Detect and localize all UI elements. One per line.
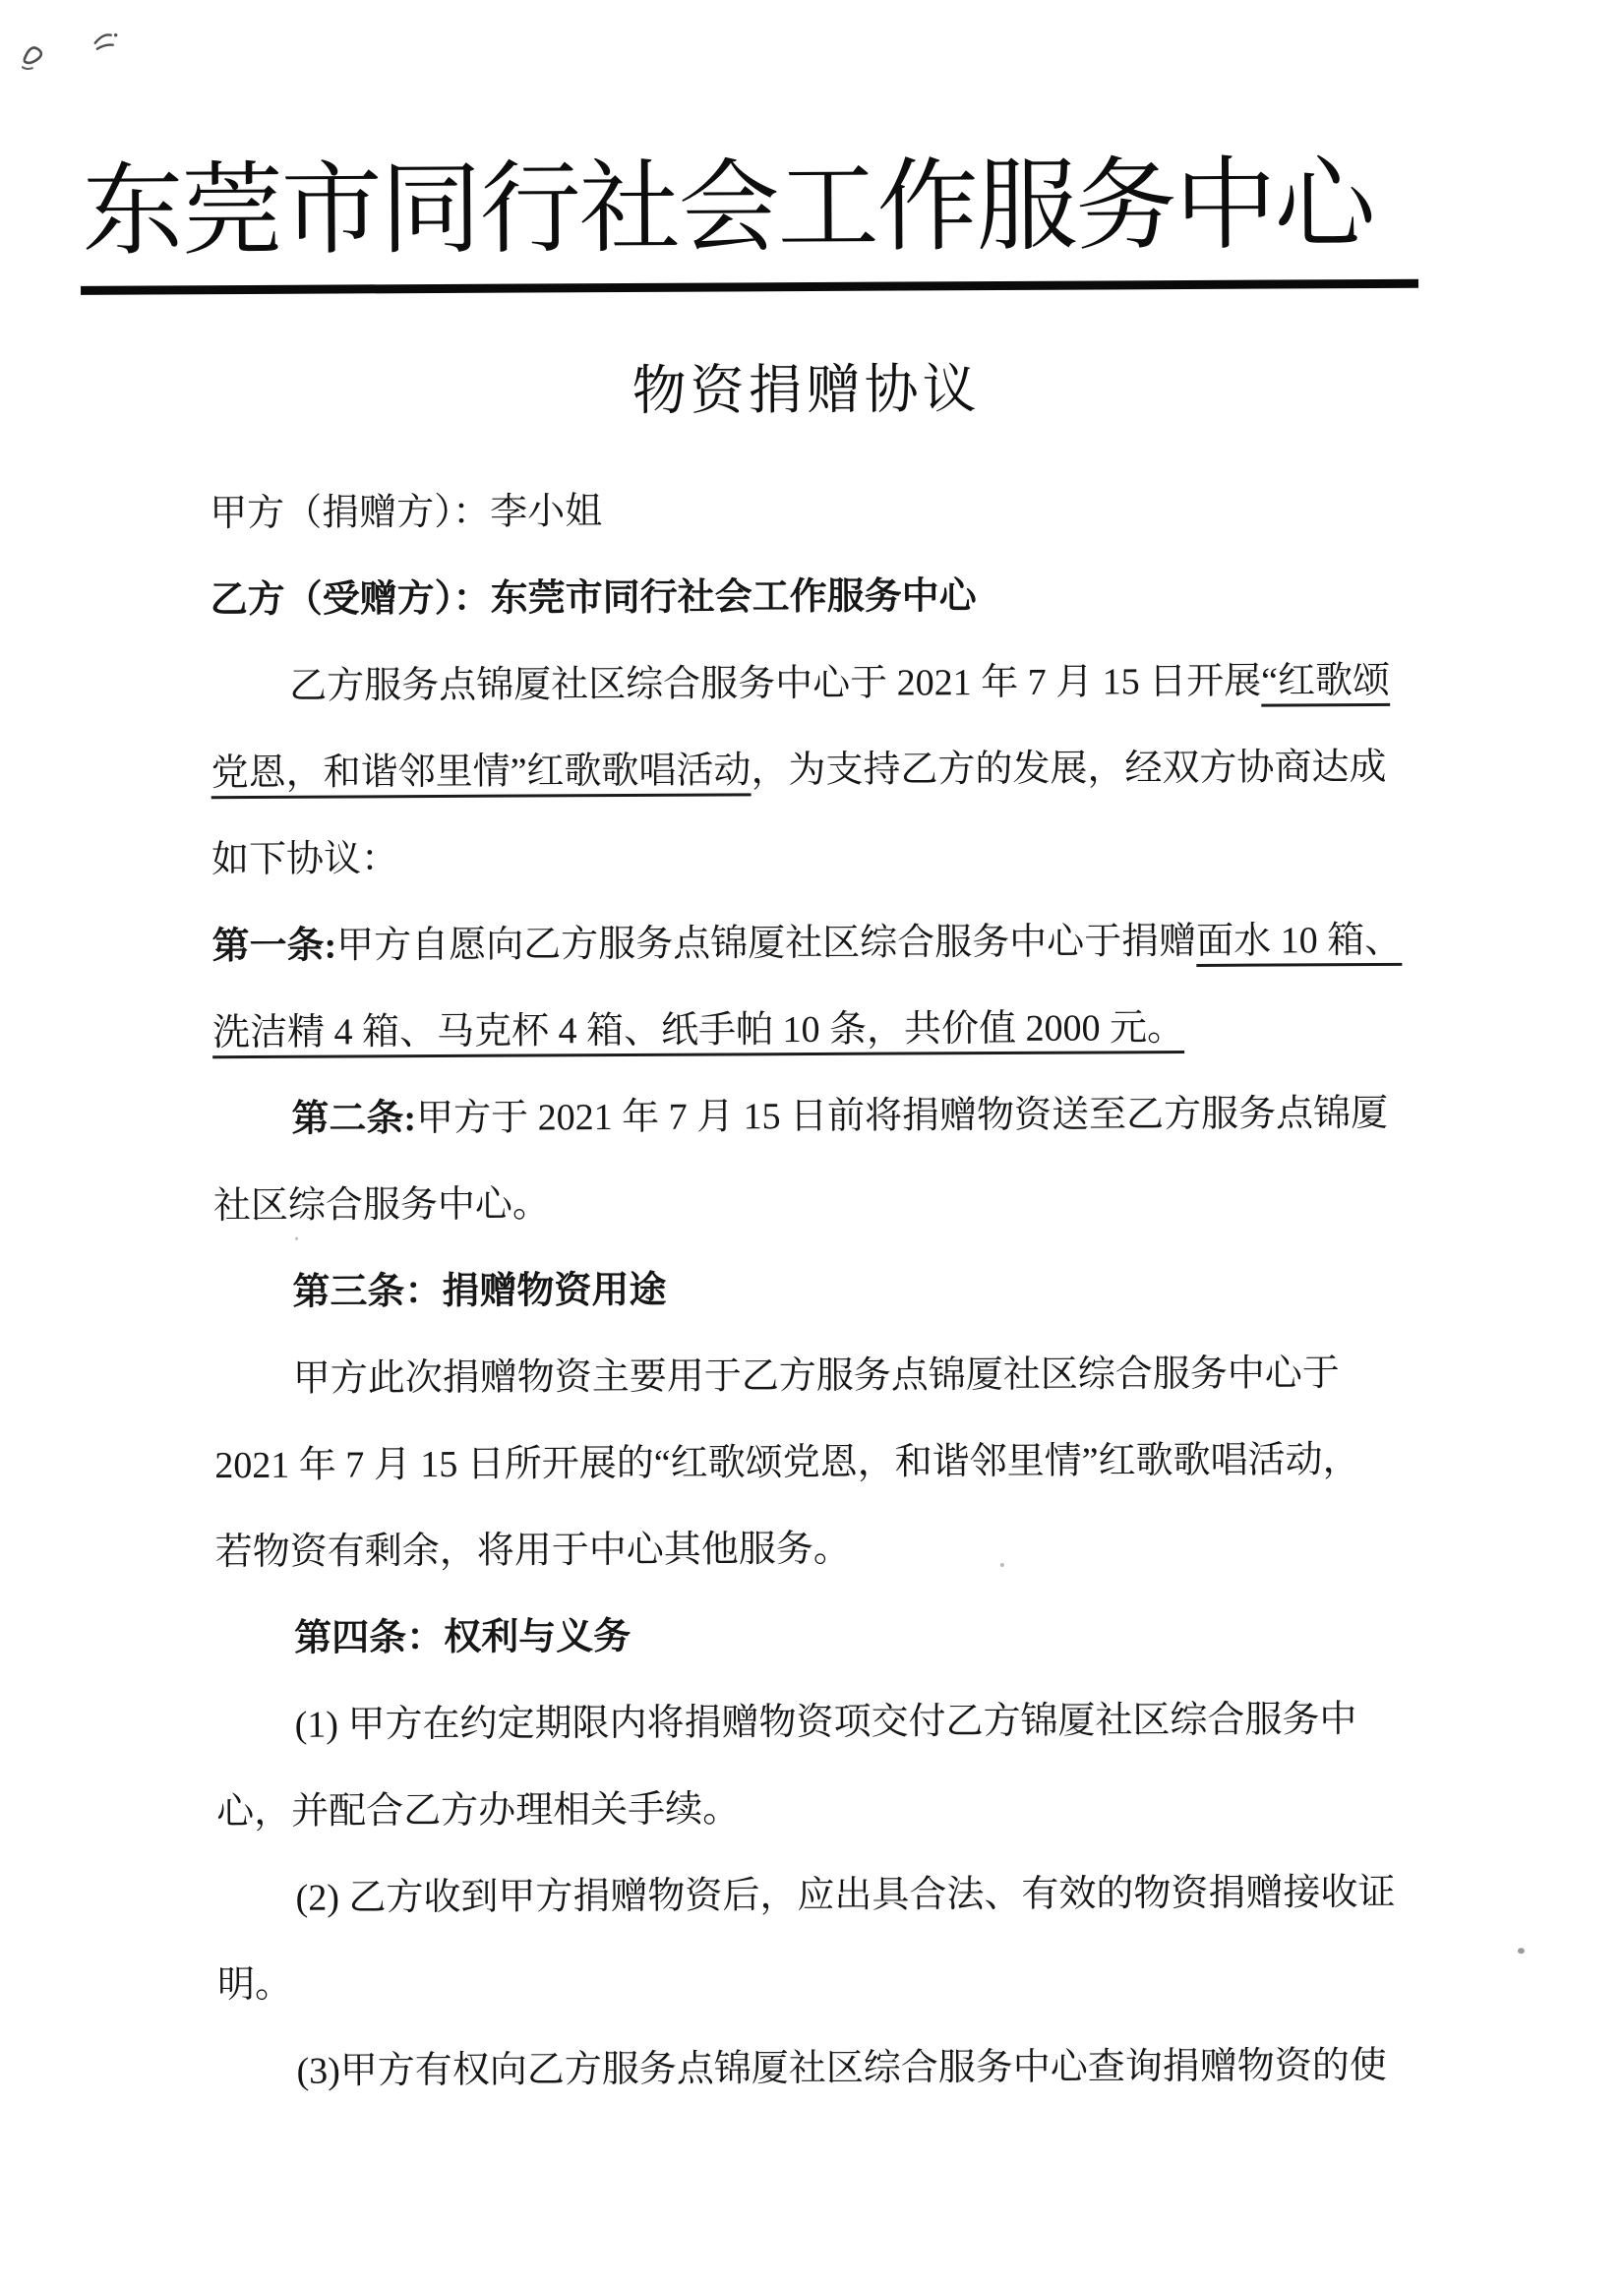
body-line: 心，并配合乙方办理相关手续。 — [216, 1763, 1456, 1856]
body-line-segment: 2021 年 7 月 15 日所开展的“红歌颂党恩，和谐邻里情”红歌歌唱活动， — [214, 1439, 1359, 1486]
body-line-segment: 乙方服务点锦厦社区综合服务中心于 2021 年 7 月 15 日开展 — [289, 661, 1261, 707]
doc-title: 物资捐赠协议 — [632, 345, 980, 425]
scan-content: 东莞市同行社会工作服务中心 物资捐赠协议 甲方（捐赠方）：李小姐乙方（受赠方）：… — [0, 0, 1624, 2286]
body-line-segment: ，为支持乙方的发展，经双方协商达成 — [751, 747, 1386, 791]
body-line-segment: (1) 甲方在约定期限内将捐赠物资项交付乙方锦厦社区综合服务中 — [295, 1699, 1357, 1746]
body-line: 洗洁精 4 箱、马克杯 4 箱、纸手帕 10 条，共价值 2000 元。 — [212, 984, 1452, 1077]
body-line-segment: 第二条: — [291, 1098, 416, 1140]
scan-artifact-dot — [295, 1237, 298, 1240]
scan-artifact-dot — [1000, 1563, 1004, 1567]
body-line: 明。 — [217, 1936, 1457, 2029]
body-line-segment: 甲方自愿向乙方服务点锦厦社区综合服务中心于捐赠 — [336, 921, 1196, 967]
body-line: 第一条:甲方自愿向乙方服务点锦厦社区综合服务中心于捐赠面水 10 箱、 — [211, 897, 1451, 991]
body-line-segment: 第一条: — [211, 926, 336, 968]
letterhead-rule — [81, 279, 1418, 295]
document-body: 甲方（捐赠方）：李小姐乙方（受赠方）：东莞市同行社会工作服务中心乙方服务点锦厦社… — [210, 464, 1458, 2116]
body-line: 甲方此次捐赠物资主要用于乙方服务点锦厦社区综合服务中心于 — [214, 1330, 1454, 1423]
body-line-segment: 党恩，和谐邻里情”红歌歌唱活动 — [211, 750, 752, 794]
body-line-segment: 社区综合服务中心。 — [213, 1183, 550, 1227]
body-line: 乙方服务点锦厦社区综合服务中心于 2021 年 7 月 15 日开展“红歌颂 — [211, 637, 1450, 731]
body-line-segment: 明。 — [217, 1964, 292, 2006]
body-line-segment: 心，并配合乙方办理相关手续。 — [216, 1788, 740, 1833]
body-line-segment: (2) 乙方收到甲方捐赠物资后，应出具合法、有效的物资捐赠接收证 — [296, 1872, 1396, 1919]
body-line: 社区综合服务中心。 — [213, 1157, 1453, 1250]
body-line: 若物资有剩余，将用于中心其他服务。 — [215, 1503, 1455, 1596]
body-line-segment: “红歌颂 — [1261, 660, 1390, 702]
body-line-segment: 第四条：权利与义务 — [294, 1616, 631, 1659]
body-line: 如下协议： — [211, 811, 1451, 904]
body-line: 2021 年 7 月 15 日所开展的“红歌颂党恩，和谐邻里情”红歌歌唱活动， — [214, 1416, 1454, 1510]
body-line-segment: 甲方此次捐赠物资主要用于乙方服务点锦厦社区综合服务中心于 — [293, 1353, 1340, 1400]
body-line: (3)甲方有权向乙方服务点锦厦社区综合服务中心查询捐赠物资的使 — [217, 2022, 1457, 2116]
scan-artifact-dot — [1518, 1948, 1525, 1954]
body-line: 党恩，和谐邻里情”红歌歌唱活动，为支持乙方的发展，经双方协商达成 — [211, 724, 1450, 817]
body-line-segment: 第三条：捐赠物资用途 — [292, 1270, 666, 1313]
body-line: 第三条：捐赠物资用途 — [213, 1243, 1453, 1337]
body-line-segment: 如下协议： — [211, 838, 398, 880]
body-line-segment: 甲方于 2021 年 7 月 15 日前将捐赠物资送至乙方服务点锦厦 — [416, 1093, 1388, 1139]
body-line-segment: 面水 10 箱、 — [1196, 920, 1402, 962]
body-line: (2) 乙方收到甲方捐赠物资后，应出具合法、有效的物资捐赠接收证 — [216, 1849, 1456, 1943]
scanned-document-page: 东莞市同行社会工作服务中心 物资捐赠协议 甲方（捐赠方）：李小姐乙方（受赠方）：… — [0, 0, 1624, 2286]
body-line: 甲方（捐赠方）：李小姐 — [210, 464, 1449, 558]
body-line: 第二条:甲方于 2021 年 7 月 15 日前将捐赠物资送至乙方服务点锦厦 — [212, 1070, 1452, 1164]
body-line-segment: 若物资有剩余，将用于中心其他服务。 — [215, 1529, 851, 1573]
body-line: 第四条：权利与义务 — [215, 1590, 1455, 1683]
body-line-segment: 甲方（捐赠方）：李小姐 — [210, 491, 602, 534]
body-line-segment: 洗洁精 4 箱、马克杯 4 箱、纸手帕 10 条，共价值 2000 元。 — [212, 1007, 1184, 1053]
body-line: (1) 甲方在约定期限内将捐赠物资项交付乙方锦厦社区综合服务中 — [215, 1676, 1455, 1770]
body-line: 乙方（受赠方）：东莞市同行社会工作服务中心 — [210, 551, 1449, 644]
letterhead-title: 东莞市同行社会工作服务中心 — [82, 123, 1374, 275]
scan-artifact-squiggle — [19, 30, 127, 76]
body-line-segment: (3)甲方有权向乙方服务点锦厦社区综合服务中心查询捐赠物资的使 — [296, 2045, 1387, 2092]
body-line-segment: 乙方（受赠方）：东莞市同行社会工作服务中心 — [211, 575, 977, 621]
